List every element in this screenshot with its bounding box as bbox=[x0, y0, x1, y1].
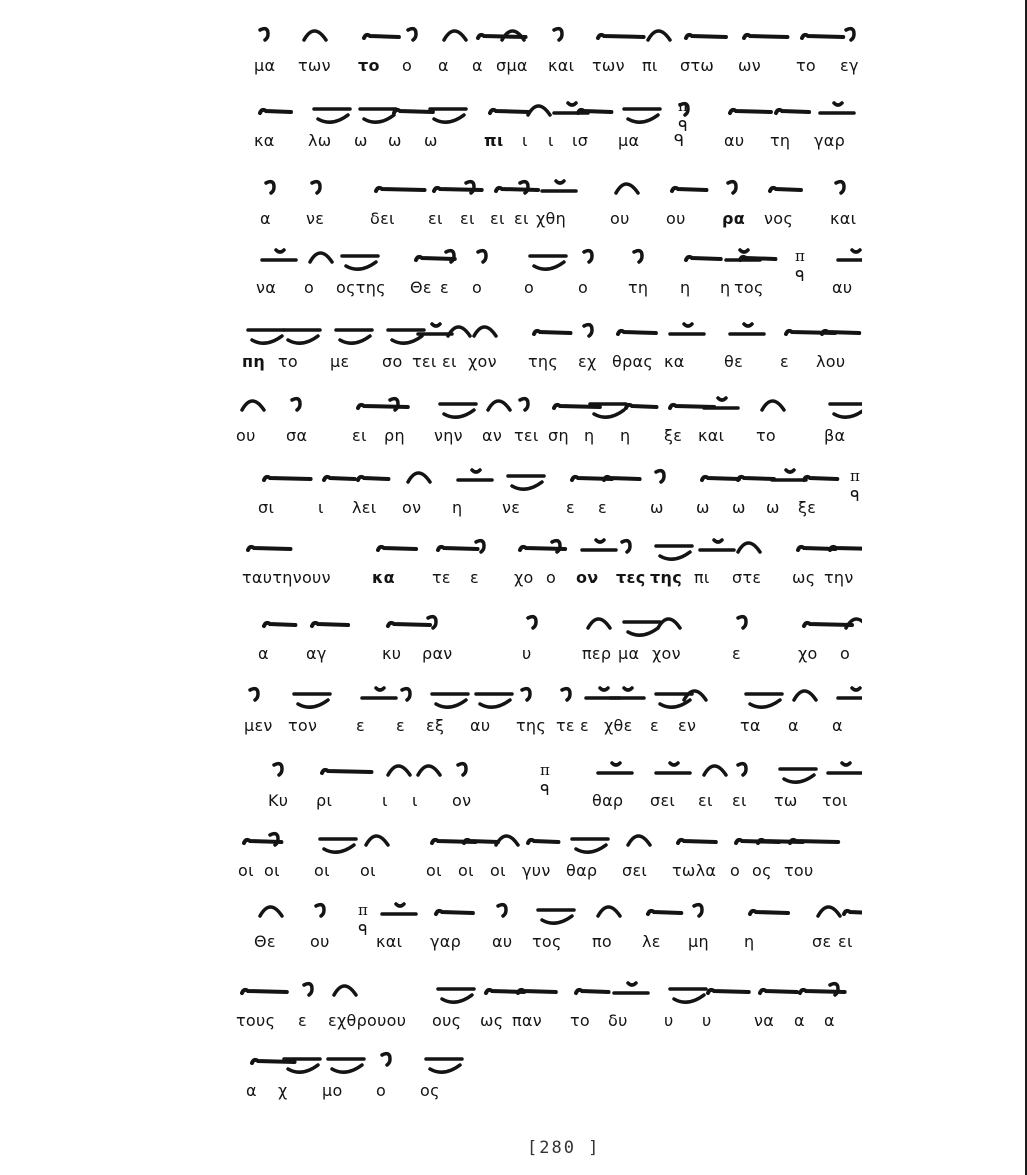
lyric-syllable: τους bbox=[236, 1011, 275, 1030]
neume-glyphs-icon bbox=[232, 598, 862, 642]
lyric-syllable: ων bbox=[738, 56, 761, 75]
lyric-syllable: αυ bbox=[492, 932, 512, 951]
lyric-syllable: τω bbox=[774, 791, 798, 810]
neume-glyphs-icon bbox=[232, 815, 862, 859]
lyric-syllable: χ bbox=[278, 1081, 288, 1100]
chant-system: καλωωωωπιιιισμαᑫαυτηγαρ bbox=[232, 85, 872, 157]
lyric-syllable: στε bbox=[732, 568, 761, 587]
lyric-syllable: τη bbox=[770, 131, 790, 150]
lyric-syllable: να bbox=[754, 1011, 774, 1030]
lyric-syllable: ε bbox=[298, 1011, 307, 1030]
lyric-syllable: ση bbox=[548, 426, 569, 445]
lyric-syllable: πι bbox=[484, 131, 504, 150]
lyric-syllable: τες bbox=[616, 568, 646, 587]
lyric-syllable: το bbox=[796, 56, 816, 75]
neume-glyphs-icon bbox=[232, 163, 862, 207]
lyric-syllable: ᴨη bbox=[242, 352, 265, 371]
lyric-syllable: ι bbox=[382, 791, 388, 810]
neume-line bbox=[232, 306, 862, 350]
lyric-syllable: η bbox=[452, 498, 462, 517]
lyric-syllable: η bbox=[744, 932, 754, 951]
lyric-syllable: ο bbox=[546, 568, 556, 587]
lyric-line: ματωντοοαασμακαιτωνπιστωωντοεγ bbox=[232, 56, 872, 78]
lyric-line: μεντονεεεξαυτηςτεεχθεεεντααα bbox=[232, 716, 872, 738]
neume-glyphs-icon bbox=[232, 10, 862, 54]
chant-system: ᴨητομεσοτειειχοντηςεχθραςκαθεελου bbox=[232, 306, 872, 378]
lyric-syllable: θαρ bbox=[592, 791, 623, 810]
lyric-syllable: εχθρουου bbox=[328, 1011, 406, 1030]
lyric-syllable: σει bbox=[622, 861, 647, 880]
lyric-syllable: γυν bbox=[522, 861, 551, 880]
lyric-syllable: η bbox=[720, 278, 730, 297]
neume-line bbox=[232, 598, 862, 642]
chant-system: ταυτηνουνκατεεχοοοντεςτηςπιστεωςτην bbox=[232, 522, 872, 594]
lyric-syllable: η bbox=[620, 426, 630, 445]
neume-glyphs-icon bbox=[232, 965, 862, 1009]
lyric-syllable: τε bbox=[556, 716, 575, 735]
lyric-syllable: ε bbox=[598, 498, 607, 517]
lyric-syllable: α bbox=[472, 56, 483, 75]
lyric-syllable: τον bbox=[288, 716, 317, 735]
lyric-syllable: μα bbox=[618, 131, 639, 150]
lyric-syllable: κα bbox=[372, 568, 395, 587]
lyric-syllable: ε bbox=[580, 716, 589, 735]
lyric-syllable: χον bbox=[468, 352, 497, 371]
lyric-syllable: ι bbox=[522, 131, 528, 150]
lyric-syllable: ε bbox=[650, 716, 659, 735]
chant-system: Θεουκαιγαραυτοςπολεμηησεει bbox=[232, 886, 872, 958]
lyric-syllable: χον bbox=[652, 644, 681, 663]
lyric-syllable: ο bbox=[472, 278, 482, 297]
lyric-syllable: ι bbox=[412, 791, 418, 810]
lyric-syllable: ο bbox=[376, 1081, 386, 1100]
lyric-syllable: ος bbox=[420, 1081, 440, 1100]
lyric-syllable: το bbox=[278, 352, 298, 371]
lyric-syllable: με bbox=[330, 352, 349, 371]
lyric-syllable: ω bbox=[354, 131, 368, 150]
lyric-syllable: σο bbox=[382, 352, 403, 371]
lyric-line: ουσαειρηνηναντεισηηηξεκαιτοβα bbox=[232, 426, 872, 448]
neume-glyphs-icon bbox=[232, 380, 862, 424]
lyric-syllable: οι bbox=[490, 861, 506, 880]
lyric-syllable: στω bbox=[680, 56, 714, 75]
neume-glyphs-icon bbox=[232, 306, 862, 350]
lyric-syllable: ον bbox=[452, 791, 471, 810]
lyric-syllable: η bbox=[680, 278, 690, 297]
lyric-syllable: της bbox=[528, 352, 558, 371]
lyric-syllable: τε bbox=[432, 568, 451, 587]
lyric-syllable: ει bbox=[352, 426, 367, 445]
lyric-syllable: υ bbox=[522, 644, 532, 663]
lyric-syllable: ο bbox=[578, 278, 588, 297]
lyric-syllable: υ bbox=[664, 1011, 674, 1030]
lyric-syllable: τοι bbox=[822, 791, 848, 810]
lyric-syllable: ο bbox=[840, 644, 850, 663]
lyric-syllable: ει bbox=[428, 209, 443, 228]
neume-line bbox=[232, 232, 862, 276]
lyric-syllable: λω bbox=[308, 131, 331, 150]
neume-glyphs-icon bbox=[232, 452, 862, 496]
lyric-syllable: μα bbox=[254, 56, 275, 75]
lyric-syllable: ου bbox=[310, 932, 330, 951]
lyric-syllable: της bbox=[650, 568, 682, 587]
chant-system: σιιλειονηνεεεωωωωξε bbox=[232, 452, 872, 524]
lyric-syllable: τη bbox=[628, 278, 648, 297]
lyric-syllable: ου bbox=[236, 426, 256, 445]
martyria-sign-icon: πᑫ bbox=[795, 246, 805, 286]
lyric-syllable: δυ bbox=[608, 1011, 628, 1030]
lyric-syllable: οι bbox=[314, 861, 330, 880]
lyric-syllable: το bbox=[570, 1011, 590, 1030]
lyric-syllable: Θε bbox=[410, 278, 432, 297]
lyric-syllable: κα bbox=[254, 131, 275, 150]
lyric-syllable: ως bbox=[480, 1011, 503, 1030]
lyric-line: ᴨητομεσοτειειχοντηςεχθραςκαθεελου bbox=[232, 352, 872, 374]
lyric-syllable: ει bbox=[514, 209, 529, 228]
lyric-syllable: α bbox=[788, 716, 799, 735]
lyric-line: Κυριιιονθαρσειειειτωτοι bbox=[232, 791, 872, 813]
lyric-syllable: γαρ bbox=[430, 932, 461, 951]
lyric-syllable: ον bbox=[402, 498, 421, 517]
neume-line bbox=[232, 522, 862, 566]
lyric-syllable: σε bbox=[812, 932, 831, 951]
lyric-syllable: α bbox=[260, 209, 271, 228]
lyric-syllable: χθη bbox=[536, 209, 566, 228]
lyric-syllable: Κυ bbox=[268, 791, 288, 810]
lyric-syllable: ε bbox=[732, 644, 741, 663]
lyric-syllable: ε bbox=[780, 352, 789, 371]
lyric-syllable: της bbox=[516, 716, 546, 735]
lyric-syllable: λε bbox=[642, 932, 661, 951]
lyric-line: σιιλειονηνεεεωωωωξε bbox=[232, 498, 872, 520]
lyric-syllable: χο bbox=[514, 568, 534, 587]
lyric-syllable: εγ bbox=[840, 56, 859, 75]
lyric-syllable: ου bbox=[666, 209, 686, 228]
lyric-syllable: εν bbox=[678, 716, 696, 735]
lyric-syllable: εχ bbox=[578, 352, 597, 371]
lyric-syllable: ως bbox=[792, 568, 815, 587]
neume-line bbox=[232, 1035, 862, 1079]
lyric-syllable: χθε bbox=[604, 716, 633, 735]
lyric-syllable: ο bbox=[402, 56, 412, 75]
lyric-syllable: κυ bbox=[382, 644, 401, 663]
lyric-syllable: να bbox=[256, 278, 276, 297]
lyric-syllable: μα bbox=[618, 644, 639, 663]
lyric-syllable: οςτης bbox=[336, 278, 386, 297]
lyric-syllable: Θε bbox=[254, 932, 276, 951]
neume-glyphs-icon bbox=[232, 670, 862, 714]
martyria-sign-icon: πᑫ bbox=[540, 760, 550, 800]
lyric-syllable: τος bbox=[532, 932, 562, 951]
lyric-syllable: ω bbox=[732, 498, 746, 517]
lyric-syllable: α bbox=[438, 56, 449, 75]
lyric-syllable: λει bbox=[352, 498, 376, 517]
lyric-syllable: ε bbox=[356, 716, 365, 735]
lyric-syllable: τει bbox=[514, 426, 539, 445]
lyric-syllable: και bbox=[376, 932, 402, 951]
neume-glyphs-icon bbox=[232, 85, 862, 129]
lyric-syllable: και bbox=[698, 426, 724, 445]
lyric-syllable: βα bbox=[824, 426, 845, 445]
lyric-syllable: οι bbox=[426, 861, 442, 880]
lyric-line: τουςεεχθρουουουςωςπαντοδυυυνααα bbox=[232, 1011, 872, 1033]
martyria-sign-icon: πᑫ bbox=[678, 96, 688, 136]
lyric-syllable: ε bbox=[440, 278, 449, 297]
lyric-syllable: ει bbox=[442, 352, 457, 371]
lyric-syllable: ε bbox=[396, 716, 405, 735]
chant-system: Κυριιιονθαρσειειειτωτοι bbox=[232, 745, 872, 817]
lyric-syllable: ει bbox=[490, 209, 505, 228]
lyric-syllable: σμα bbox=[496, 56, 528, 75]
neume-line bbox=[232, 670, 862, 714]
lyric-syllable: οι bbox=[360, 861, 376, 880]
lyric-syllable: ξε bbox=[798, 498, 816, 517]
lyric-syllable: ρη bbox=[384, 426, 405, 445]
lyric-syllable: ει bbox=[732, 791, 747, 810]
lyric-syllable: νος bbox=[764, 209, 793, 228]
lyric-syllable: ε bbox=[566, 498, 575, 517]
lyric-syllable: υ bbox=[702, 1011, 712, 1030]
lyric-syllable: ου bbox=[610, 209, 630, 228]
lyric-syllable: οι bbox=[264, 861, 280, 880]
lyric-syllable: των bbox=[592, 56, 625, 75]
lyric-line: οιοιοιοιοιοιοιγυνθαρσειτωλαοοςτου bbox=[232, 861, 872, 883]
neume-glyphs-icon bbox=[232, 886, 862, 930]
lyric-syllable: ει bbox=[838, 932, 853, 951]
lyric-syllable: το bbox=[756, 426, 776, 445]
lyric-syllable: ι bbox=[318, 498, 324, 517]
lyric-syllable: πο bbox=[592, 932, 612, 951]
lyric-syllable: σα bbox=[286, 426, 307, 445]
lyric-syllable: γαρ bbox=[814, 131, 845, 150]
lyric-syllable: ο bbox=[524, 278, 534, 297]
lyric-line: ταυτηνουνκατεεχοοοντεςτηςπιστεωςτην bbox=[232, 568, 872, 590]
neume-line bbox=[232, 452, 862, 496]
lyric-syllable: ω bbox=[424, 131, 438, 150]
lyric-syllable: ρι bbox=[316, 791, 332, 810]
lyric-syllable: των bbox=[298, 56, 331, 75]
lyric-syllable: εξ bbox=[426, 716, 444, 735]
lyric-syllable: και bbox=[830, 209, 856, 228]
score-page: ματωντοοαασμακαιτωνπιστωωντοεγκαλωωωωπιι… bbox=[232, 0, 872, 1120]
page-number: [280 ] bbox=[527, 1138, 600, 1158]
lyric-syllable: ω bbox=[696, 498, 710, 517]
lyric-syllable: α bbox=[824, 1011, 835, 1030]
lyric-syllable: νε bbox=[502, 498, 520, 517]
lyric-syllable: περ bbox=[582, 644, 611, 663]
lyric-syllable: δει bbox=[370, 209, 395, 228]
lyric-syllable: αγ bbox=[306, 644, 327, 663]
lyric-syllable: θε bbox=[724, 352, 743, 371]
lyric-line: καλωωωωπιιιισμαᑫαυτηγαρ bbox=[232, 131, 872, 153]
neume-glyphs-icon bbox=[232, 232, 862, 276]
neume-line bbox=[232, 163, 862, 207]
lyric-syllable: ξε bbox=[664, 426, 682, 445]
neume-line bbox=[232, 10, 862, 54]
lyric-syllable: ο bbox=[304, 278, 314, 297]
lyric-syllable: ον bbox=[576, 568, 599, 587]
lyric-syllable: α bbox=[832, 716, 843, 735]
lyric-syllable: παν bbox=[512, 1011, 542, 1030]
lyric-line: αχμοοος bbox=[232, 1081, 872, 1103]
lyric-syllable: οι bbox=[238, 861, 254, 880]
lyric-line: ααγκυρανυπερμαχονεχοο bbox=[232, 644, 872, 666]
lyric-syllable: μεν bbox=[244, 716, 273, 735]
lyric-syllable: α bbox=[258, 644, 269, 663]
lyric-syllable: ι bbox=[548, 131, 554, 150]
lyric-syllable: θρας bbox=[612, 352, 653, 371]
lyric-syllable: ε bbox=[470, 568, 479, 587]
martyria-sign-icon: πᑫ bbox=[358, 900, 368, 940]
lyric-syllable: την bbox=[824, 568, 854, 587]
lyric-line: ναοοςτηςΘεεοοοτηηητοςαυ bbox=[232, 278, 872, 300]
lyric-syllable: ω bbox=[766, 498, 780, 517]
lyric-syllable: αυ bbox=[470, 716, 490, 735]
lyric-syllable: του bbox=[784, 861, 814, 880]
lyric-syllable: τωλα bbox=[672, 861, 716, 880]
martyria-sign-icon: πᑫ bbox=[850, 466, 860, 506]
chant-system: ααγκυρανυπερμαχονεχοο bbox=[232, 598, 872, 670]
chant-system: ματωντοοαασμακαιτωνπιστωωντοεγ bbox=[232, 10, 872, 82]
lyric-syllable: μη bbox=[688, 932, 709, 951]
lyric-syllable: λου bbox=[816, 352, 845, 371]
lyric-syllable: ει bbox=[460, 209, 475, 228]
lyric-syllable: πι bbox=[694, 568, 710, 587]
lyric-syllable: αυ bbox=[724, 131, 744, 150]
lyric-syllable: ραν bbox=[422, 644, 453, 663]
lyric-syllable: ισ bbox=[572, 131, 588, 150]
lyric-syllable: α bbox=[794, 1011, 805, 1030]
lyric-syllable: ος bbox=[752, 861, 772, 880]
lyric-syllable: πι bbox=[642, 56, 658, 75]
lyric-syllable: ει bbox=[698, 791, 713, 810]
lyric-syllable: θαρ bbox=[566, 861, 597, 880]
lyric-syllable: οι bbox=[458, 861, 474, 880]
neume-line bbox=[232, 380, 862, 424]
chant-system: ανεδειειειειειχθηουουρανοςκαι bbox=[232, 163, 872, 235]
lyric-syllable: νην bbox=[434, 426, 463, 445]
lyric-line: ανεδειειειειειχθηουουρανοςκαι bbox=[232, 209, 872, 231]
lyric-syllable: ο bbox=[730, 861, 740, 880]
lyric-syllable: τος bbox=[734, 278, 764, 297]
lyric-syllable: η bbox=[584, 426, 594, 445]
lyric-syllable: το bbox=[358, 56, 380, 75]
lyric-syllable: τει bbox=[412, 352, 437, 371]
chant-system: μεντονεεεξαυτηςτεεχθεεεντααα bbox=[232, 670, 872, 742]
lyric-line: Θεουκαιγαραυτοςπολεμηησεει bbox=[232, 932, 872, 954]
lyric-syllable: μο bbox=[322, 1081, 343, 1100]
lyric-syllable: σι bbox=[258, 498, 274, 517]
lyric-syllable: σει bbox=[650, 791, 675, 810]
chant-system: ουσαειρηνηναντεισηηηξεκαιτοβα bbox=[232, 380, 872, 452]
lyric-syllable: αυ bbox=[832, 278, 852, 297]
lyric-syllable: νε bbox=[306, 209, 324, 228]
lyric-syllable: ω bbox=[650, 498, 664, 517]
lyric-syllable: α bbox=[246, 1081, 257, 1100]
lyric-syllable: ταυτηνουν bbox=[242, 568, 331, 587]
chant-system: ναοοςτηςΘεεοοοτηηητοςαυ bbox=[232, 232, 872, 304]
chant-system: αχμοοος bbox=[232, 1035, 872, 1107]
neume-line bbox=[232, 886, 862, 930]
lyric-syllable: τα bbox=[740, 716, 761, 735]
lyric-syllable: κα bbox=[664, 352, 685, 371]
neume-glyphs-icon bbox=[232, 522, 862, 566]
neume-glyphs-icon bbox=[232, 1035, 862, 1079]
lyric-syllable: αν bbox=[482, 426, 502, 445]
lyric-syllable: ω bbox=[388, 131, 402, 150]
neume-line bbox=[232, 85, 862, 129]
lyric-syllable: ρα bbox=[722, 209, 745, 228]
neume-line bbox=[232, 965, 862, 1009]
neume-line bbox=[232, 815, 862, 859]
lyric-syllable: χο bbox=[798, 644, 818, 663]
chant-system: οιοιοιοιοιοιοιγυνθαρσειτωλαοοςτου bbox=[232, 815, 872, 887]
chant-system: τουςεεχθρουουουςωςπαντοδυυυνααα bbox=[232, 965, 872, 1037]
lyric-syllable: και bbox=[548, 56, 574, 75]
lyric-syllable: ους bbox=[432, 1011, 461, 1030]
